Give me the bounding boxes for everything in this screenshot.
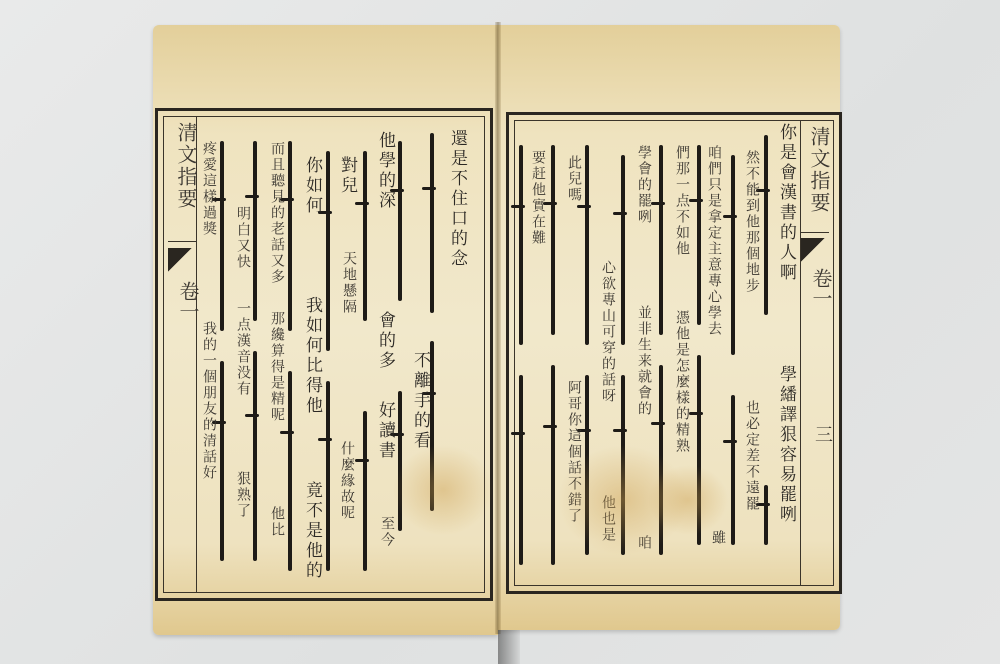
manchu-column [519, 145, 523, 345]
manchu-column [363, 411, 367, 571]
left-margin-strip: 清文指要 卷一 [168, 116, 197, 593]
manchu-column [697, 145, 701, 325]
manchu-column [659, 145, 663, 335]
chinese-column: 你如何 [303, 156, 320, 216]
manchu-column [326, 151, 330, 351]
chinese-column: 咱們只是拿定主意專心學去 [707, 145, 721, 337]
margin-book-title: 清文指要 [805, 126, 834, 214]
chinese-column: 學會的罷咧 [637, 145, 651, 225]
chinese-column: 狠熟了 [236, 471, 250, 519]
chinese-column: 那纔算得是精呢 [270, 311, 284, 423]
chinese-column: 會的多 [376, 311, 393, 371]
left-page: 清文指要 卷一 還是不住口的念 不離手的看 他學的深 會的多 好讀書 至今 對兒… [153, 25, 498, 635]
manchu-column [220, 361, 224, 561]
manchu-column [731, 155, 735, 355]
chinese-column: 好讀書 [376, 401, 393, 461]
manchu-column [621, 155, 625, 345]
chinese-column: 學繙譯狠容易罷咧 [777, 365, 794, 525]
chinese-column: 至今 [380, 516, 394, 548]
margin-book-title: 清文指要 [172, 122, 201, 210]
chinese-column: 憑他是怎麼樣的精熟 [675, 310, 689, 454]
manchu-column [764, 485, 768, 545]
manchu-column [326, 381, 330, 571]
open-book-photo: 清文指要 卷一 還是不住口的念 不離手的看 他學的深 會的多 好讀書 至今 對兒… [0, 0, 1000, 664]
chinese-column: 天地懸隔 [342, 251, 356, 315]
manchu-column [430, 133, 434, 313]
fish-tail-mark-icon [168, 248, 196, 272]
manchu-column [363, 151, 367, 321]
chinese-column: 心欲專山可穿的話呀 [601, 260, 615, 404]
manchu-column [764, 135, 768, 315]
chinese-column: 然不能到他那個地步 [745, 150, 759, 294]
chinese-column: 他學的深 [376, 131, 393, 211]
chinese-column: 們那一点不如他 [675, 145, 689, 257]
chinese-column: 不離手的看 [411, 351, 428, 451]
manchu-column [220, 141, 224, 331]
spine-shadow [498, 630, 520, 664]
chinese-column: 明白又快 [236, 206, 250, 270]
water-stain [648, 465, 728, 535]
manchu-column [288, 141, 292, 331]
chinese-column: 此兒嗎 [567, 155, 581, 203]
right-margin-strip: 清文指要 卷一 三 [800, 120, 829, 586]
manchu-column [398, 141, 402, 301]
chinese-column: 他比 [270, 506, 284, 538]
right-page: 清文指要 卷一 三 你是會漢書的人啊 學繙譯狠容易罷咧 然不能到他那個地步 也必… [498, 25, 840, 630]
water-stain [393, 445, 493, 535]
chinese-column: 而且聽見的老話又多 [270, 141, 284, 285]
chinese-column: 對兒 [338, 156, 355, 196]
chinese-column: 什麼緣故呢 [340, 441, 354, 521]
margin-volume-label: 卷一 [807, 268, 836, 308]
manchu-column [585, 145, 589, 345]
manchu-column [253, 351, 257, 561]
chinese-column: 你是會漢書的人啊 [777, 123, 794, 283]
chinese-column: 雖 [711, 530, 725, 546]
manchu-column [288, 371, 292, 571]
chinese-column: 竟不是他的 [303, 481, 320, 581]
chinese-column: 疼愛這樣過獎 [202, 141, 216, 237]
chinese-column: 還是不住口的念 [448, 129, 465, 269]
chinese-column: 要赶他實在難 [531, 150, 545, 246]
page-number: 三 [809, 425, 835, 443]
manchu-column [551, 145, 555, 335]
chinese-column: 我的一個朋友的清話好 [202, 321, 216, 481]
chinese-column: 並非生来就會的 [637, 305, 651, 417]
book-spine-fold [495, 22, 501, 634]
chinese-column: 也必定差不遠罷 [745, 400, 759, 512]
manchu-column [551, 365, 555, 565]
margin-volume-label: 卷一 [174, 281, 203, 321]
manchu-column [253, 141, 257, 321]
manchu-column [519, 375, 523, 565]
chinese-column: 我如何比得他 [303, 296, 320, 416]
fish-tail-mark-icon [801, 238, 829, 262]
chinese-column: 一点漢音没有 [236, 301, 250, 397]
manchu-column [731, 395, 735, 545]
